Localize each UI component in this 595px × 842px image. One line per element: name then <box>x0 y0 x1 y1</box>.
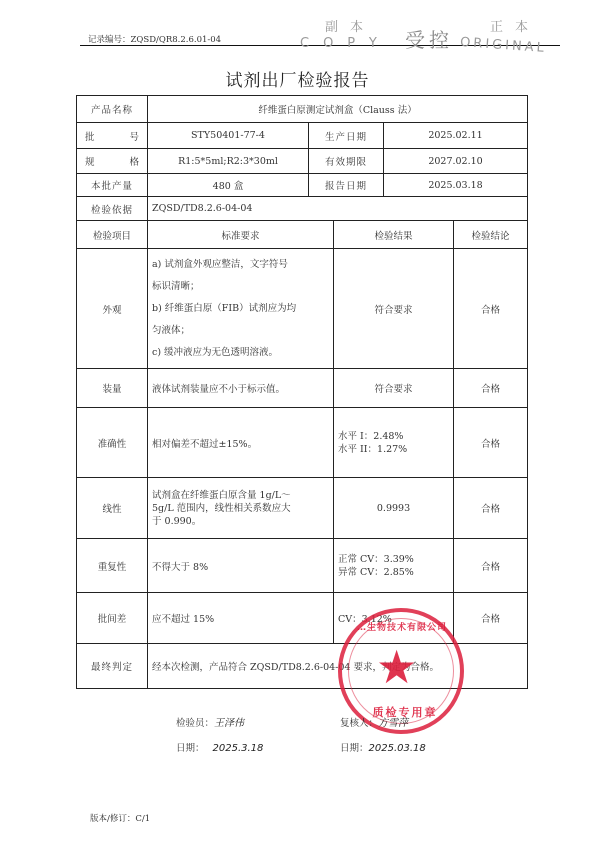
result-cell: 水平 I：2.48% 水平 II：1.27% <box>334 408 454 478</box>
table-row: 线性 试剂盒在纤维蛋白原含量 1g/L～ 5g/L 范围内，线性相关系数应大 于… <box>77 478 528 539</box>
stamp-copy-zh: 副本 <box>325 16 375 35</box>
product-name-label: 产品名称 <box>77 96 148 123</box>
production-date-value: 2025.02.11 <box>384 123 528 149</box>
expiry-label: 有效期限 <box>309 149 384 174</box>
seal-top-text: …生物技术有限公司 <box>356 620 448 633</box>
inspector-signature: 王泽伟 <box>214 718 244 729</box>
record-number: 记录编号：ZQSD/QR8.2.6.01-04 <box>88 33 221 45</box>
version-value: C/1 <box>135 814 150 824</box>
batch-value: STY50401-77-4 <box>148 123 309 149</box>
table-header-row: 检验项目 标准要求 检验结果 检验结论 <box>77 221 528 249</box>
inspector-signature-line: 检验员：王泽伟 <box>176 714 244 729</box>
reviewer-signature: 方雪萍 <box>378 718 408 729</box>
inspector-label: 检验员： <box>176 718 214 729</box>
table-row: 外观 a) 试剂盒外观应整洁，文字符号 标识清晰； b) 纤维蛋白原（FIB）试… <box>77 249 528 369</box>
requirement-cell: 液体试剂装量应不小于标示值。 <box>148 369 334 408</box>
item-cell: 外观 <box>77 249 148 369</box>
stamp-controlled: 受控 <box>405 24 453 53</box>
requirement-cell: a) 试剂盒外观应整洁，文字符号 标识清晰； b) 纤维蛋白原（FIB）试剂应为… <box>148 249 334 369</box>
header-conclusion: 检验结论 <box>454 221 528 249</box>
spec-value: R1:5*5ml;R2:3*30ml <box>148 149 309 174</box>
batch-qty-label: 本批产量 <box>77 174 148 197</box>
basis-label: 检验依据 <box>77 197 148 221</box>
inspector-date: 2025.3.18 <box>213 743 264 754</box>
result-cell: 符合要求 <box>334 369 454 408</box>
spec-row: 规格 R1:5*5ml;R2:3*30ml 有效期限 2027.02.10 <box>77 149 528 174</box>
version-label: 版本/修订： <box>90 814 135 824</box>
product-name-row: 产品名称 纤维蛋白原测定试剂盒（Clauss 法） <box>77 96 528 123</box>
item-cell: 准确性 <box>77 408 148 478</box>
star-icon: ★ <box>376 644 417 690</box>
requirement-cell: 不得大于 8% <box>148 539 334 593</box>
requirement-cell: 相对偏差不超过±15%。 <box>148 408 334 478</box>
conclusion-cell: 合格 <box>454 408 528 478</box>
version-footer: 版本/修订：C/1 <box>90 812 150 824</box>
reviewer-signature-line: 复核人：方雪萍 <box>340 714 408 729</box>
reviewer-date-line: 日期：2025.03.18 <box>340 740 426 754</box>
basis-row: 检验依据 ZQSD/TD8.2.6-04-04 <box>77 197 528 221</box>
batch-label: 批号 <box>77 123 148 149</box>
requirement-cell: 试剂盒在纤维蛋白原含量 1g/L～ 5g/L 范围内，线性相关系数应大 于 0.… <box>148 478 334 539</box>
report-date-label: 报告日期 <box>309 174 384 197</box>
result-cell: 符合要求 <box>334 249 454 369</box>
item-cell: 装量 <box>77 369 148 408</box>
reviewer-date: 2025.03.18 <box>369 743 426 754</box>
batch-row: 批号 STY50401-77-4 生产日期 2025.02.11 <box>77 123 528 149</box>
stamp-original-zh: 正本 <box>490 16 540 35</box>
inspector-date-label: 日期： <box>176 743 205 754</box>
report-table: 产品名称 纤维蛋白原测定试剂盒（Clauss 法） 批号 STY50401-77… <box>76 95 528 689</box>
page-title: 试剂出厂检验报告 <box>0 66 595 91</box>
reviewer-label: 复核人： <box>340 718 378 729</box>
spec-label: 规格 <box>77 149 148 174</box>
conclusion-cell: 合格 <box>454 539 528 593</box>
stamp-copy-en: COPY <box>300 36 391 51</box>
record-number-label: 记录编号： <box>88 35 131 45</box>
result-cell: 正常 CV：3.39% 异常 CV：2.85% <box>334 539 454 593</box>
requirement-cell: 应不超过 15% <box>148 593 334 644</box>
stamp-original-en: ORIGINAL <box>460 35 548 56</box>
expiry-value: 2027.02.10 <box>384 149 528 174</box>
header-requirement: 标准要求 <box>148 221 334 249</box>
batch-qty-row: 本批产量 480 盒 报告日期 2025.03.18 <box>77 174 528 197</box>
item-cell: 重复性 <box>77 539 148 593</box>
conclusion-cell: 合格 <box>454 369 528 408</box>
table-row: 重复性 不得大于 8% 正常 CV：3.39% 异常 CV：2.85% 合格 <box>77 539 528 593</box>
item-cell: 批间差 <box>77 593 148 644</box>
production-date-label: 生产日期 <box>309 123 384 149</box>
inspector-date-line: 日期：2025.3.18 <box>176 740 263 754</box>
result-cell: 0.9993 <box>334 478 454 539</box>
record-number-value: ZQSD/QR8.2.6.01-04 <box>131 35 222 45</box>
header-item: 检验项目 <box>77 221 148 249</box>
conclusion-cell: 合格 <box>454 478 528 539</box>
conclusion-cell: 合格 <box>454 593 528 644</box>
conclusion-cell: 合格 <box>454 249 528 369</box>
table-row: 准确性 相对偏差不超过±15%。 水平 I：2.48% 水平 II：1.27% … <box>77 408 528 478</box>
header-result: 检验结果 <box>334 221 454 249</box>
item-cell: 线性 <box>77 478 148 539</box>
batch-qty-value: 480 盒 <box>148 174 309 197</box>
control-stamp: 副本 COPY 受控 正本 ORIGINAL <box>300 14 570 64</box>
final-judgment-label: 最终判定 <box>77 644 148 689</box>
table-row: 装量 液体试剂装量应不小于标示值。 符合要求 合格 <box>77 369 528 408</box>
basis-value: ZQSD/TD8.2.6-04-04 <box>148 197 528 221</box>
report-date-value: 2025.03.18 <box>384 174 528 197</box>
table-row: 批间差 应不超过 15% CV：3.12% 合格 <box>77 593 528 644</box>
reviewer-date-label: 日期： <box>340 743 369 754</box>
product-name-value: 纤维蛋白原测定试剂盒（Clauss 法） <box>148 96 528 123</box>
